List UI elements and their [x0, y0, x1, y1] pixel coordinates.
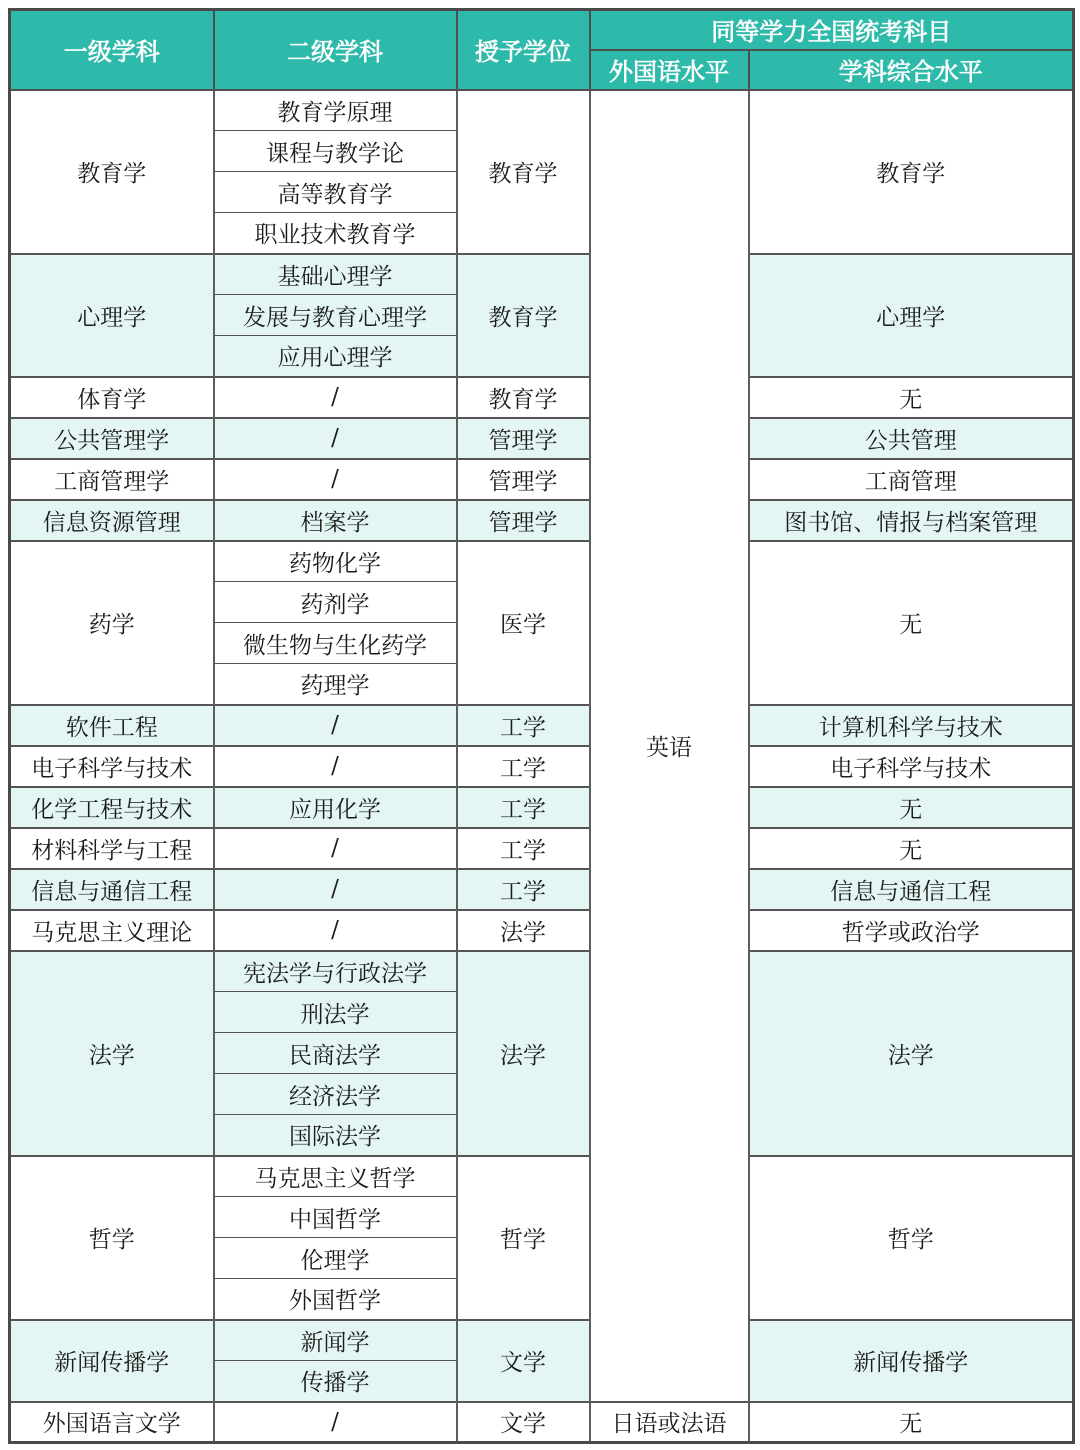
- cell-second-level: 职业技术教育学: [214, 213, 457, 254]
- header-foreign-language: 外国语水平: [590, 50, 749, 90]
- cell-comprehensive: 无: [749, 787, 1074, 828]
- cell-second-level: 经济法学: [214, 1074, 457, 1115]
- cell-second-level: /: [214, 418, 457, 459]
- cell-comprehensive: 法学: [749, 951, 1074, 1156]
- cell-degree: 教育学: [457, 254, 590, 377]
- cell-first-level: 体育学: [10, 377, 214, 418]
- cell-degree: 管理学: [457, 500, 590, 541]
- cell-second-level: 刑法学: [214, 992, 457, 1033]
- cell-first-level: 化学工程与技术: [10, 787, 214, 828]
- cell-degree: 法学: [457, 910, 590, 951]
- table-row: 外国语言文学/文学日语或法语无: [10, 1402, 1074, 1443]
- table-row: 马克思主义理论/法学哲学或政治学: [10, 910, 1074, 951]
- cell-first-level: 工商管理学: [10, 459, 214, 500]
- cell-comprehensive: 无: [749, 828, 1074, 869]
- cell-degree: 工学: [457, 828, 590, 869]
- cell-second-level: 外国哲学: [214, 1279, 457, 1320]
- cell-second-level: 国际法学: [214, 1115, 457, 1156]
- cell-degree: 工学: [457, 869, 590, 910]
- cell-first-level: 外国语言文学: [10, 1402, 214, 1443]
- cell-first-level: 信息资源管理: [10, 500, 214, 541]
- cell-degree: 文学: [457, 1402, 590, 1443]
- header-exam-group: 同等学力全国统考科目: [590, 10, 1074, 50]
- table-row: 体育学/教育学无: [10, 377, 1074, 418]
- cell-comprehensive: 电子科学与技术: [749, 746, 1074, 787]
- cell-second-level: /: [214, 746, 457, 787]
- cell-second-level: /: [214, 910, 457, 951]
- cell-first-level: 电子科学与技术: [10, 746, 214, 787]
- cell-first-level: 哲学: [10, 1156, 214, 1320]
- cell-second-level: 新闻学: [214, 1320, 457, 1361]
- table-body: 教育学教育学原理教育学英语教育学课程与教学论高等教育学职业技术教育学心理学基础心…: [10, 90, 1074, 1443]
- table-row: 材料科学与工程/工学无: [10, 828, 1074, 869]
- cell-second-level: 马克思主义哲学: [214, 1156, 457, 1197]
- table-row: 教育学教育学原理教育学英语教育学: [10, 90, 1074, 131]
- cell-degree: 哲学: [457, 1156, 590, 1320]
- cell-second-level: 基础心理学: [214, 254, 457, 295]
- cell-degree: 教育学: [457, 90, 590, 254]
- table-row: 信息与通信工程/工学信息与通信工程: [10, 869, 1074, 910]
- cell-second-level: 中国哲学: [214, 1197, 457, 1238]
- cell-degree: 管理学: [457, 459, 590, 500]
- cell-first-level: 药学: [10, 541, 214, 705]
- table-row: 信息资源管理档案学管理学图书馆、情报与档案管理: [10, 500, 1074, 541]
- cell-comprehensive: 工商管理: [749, 459, 1074, 500]
- table-row: 新闻传播学新闻学文学新闻传播学: [10, 1320, 1074, 1361]
- cell-comprehensive: 无: [749, 377, 1074, 418]
- cell-first-level: 法学: [10, 951, 214, 1156]
- table-row: 心理学基础心理学教育学心理学: [10, 254, 1074, 295]
- cell-first-level: 公共管理学: [10, 418, 214, 459]
- table-row: 工商管理学/管理学工商管理: [10, 459, 1074, 500]
- cell-second-level: 药理学: [214, 664, 457, 705]
- cell-second-level: 宪法学与行政法学: [214, 951, 457, 992]
- cell-second-level: 课程与教学论: [214, 131, 457, 172]
- cell-comprehensive: 无: [749, 541, 1074, 705]
- table-row: 电子科学与技术/工学电子科学与技术: [10, 746, 1074, 787]
- table-row: 化学工程与技术应用化学工学无: [10, 787, 1074, 828]
- cell-degree: 管理学: [457, 418, 590, 459]
- cell-second-level: 伦理学: [214, 1238, 457, 1279]
- cell-degree: 法学: [457, 951, 590, 1156]
- header-second-level: 二级学科: [214, 10, 457, 90]
- cell-comprehensive: 教育学: [749, 90, 1074, 254]
- cell-first-level: 信息与通信工程: [10, 869, 214, 910]
- cell-first-level: 马克思主义理论: [10, 910, 214, 951]
- header-comprehensive: 学科综合水平: [749, 50, 1074, 90]
- table-row: 软件工程/工学计算机科学与技术: [10, 705, 1074, 746]
- cell-degree: 工学: [457, 705, 590, 746]
- cell-comprehensive: 信息与通信工程: [749, 869, 1074, 910]
- cell-first-level: 心理学: [10, 254, 214, 377]
- cell-second-level: 发展与教育心理学: [214, 295, 457, 336]
- table-row: 法学宪法学与行政法学法学法学: [10, 951, 1074, 992]
- cell-first-level: 材料科学与工程: [10, 828, 214, 869]
- cell-second-level: 药剂学: [214, 582, 457, 623]
- cell-second-level: /: [214, 705, 457, 746]
- cell-second-level: 药物化学: [214, 541, 457, 582]
- cell-comprehensive: 哲学或政治学: [749, 910, 1074, 951]
- cell-second-level: 高等教育学: [214, 172, 457, 213]
- header-first-level: 一级学科: [10, 10, 214, 90]
- page: 一级学科 二级学科 授予学位 同等学力全国统考科目 外国语水平 学科综合水平 教…: [0, 0, 1080, 1450]
- cell-second-level: 应用心理学: [214, 336, 457, 377]
- table-row: 药学药物化学医学无: [10, 541, 1074, 582]
- cell-degree: 文学: [457, 1320, 590, 1402]
- cell-comprehensive: 新闻传播学: [749, 1320, 1074, 1402]
- header-degree: 授予学位: [457, 10, 590, 90]
- cell-first-level: 新闻传播学: [10, 1320, 214, 1402]
- cell-comprehensive: 图书馆、情报与档案管理: [749, 500, 1074, 541]
- cell-first-level: 教育学: [10, 90, 214, 254]
- cell-degree: 教育学: [457, 377, 590, 418]
- cell-foreign-language: 日语或法语: [590, 1402, 749, 1443]
- table-header: 一级学科 二级学科 授予学位 同等学力全国统考科目 外国语水平 学科综合水平: [10, 10, 1074, 90]
- cell-comprehensive: 公共管理: [749, 418, 1074, 459]
- table-row: 哲学马克思主义哲学哲学哲学: [10, 1156, 1074, 1197]
- header-row-top: 一级学科 二级学科 授予学位 同等学力全国统考科目: [10, 10, 1074, 50]
- cell-degree: 工学: [457, 746, 590, 787]
- cell-second-level: 教育学原理: [214, 90, 457, 131]
- cell-comprehensive: 计算机科学与技术: [749, 705, 1074, 746]
- cell-second-level: /: [214, 377, 457, 418]
- cell-second-level: 民商法学: [214, 1033, 457, 1074]
- cell-comprehensive: 心理学: [749, 254, 1074, 377]
- cell-second-level: 微生物与生化药学: [214, 623, 457, 664]
- cell-second-level: /: [214, 1402, 457, 1443]
- cell-comprehensive: 无: [749, 1402, 1074, 1443]
- table-row: 公共管理学/管理学公共管理: [10, 418, 1074, 459]
- cell-second-level: 传播学: [214, 1361, 457, 1402]
- cell-second-level: /: [214, 459, 457, 500]
- cell-degree: 医学: [457, 541, 590, 705]
- cell-degree: 工学: [457, 787, 590, 828]
- cell-second-level: /: [214, 869, 457, 910]
- cell-foreign-language-shared: 英语: [590, 90, 749, 1402]
- cell-second-level: /: [214, 828, 457, 869]
- cell-second-level: 应用化学: [214, 787, 457, 828]
- disciplines-table: 一级学科 二级学科 授予学位 同等学力全国统考科目 外国语水平 学科综合水平 教…: [8, 8, 1075, 1444]
- cell-first-level: 软件工程: [10, 705, 214, 746]
- cell-comprehensive: 哲学: [749, 1156, 1074, 1320]
- cell-second-level: 档案学: [214, 500, 457, 541]
